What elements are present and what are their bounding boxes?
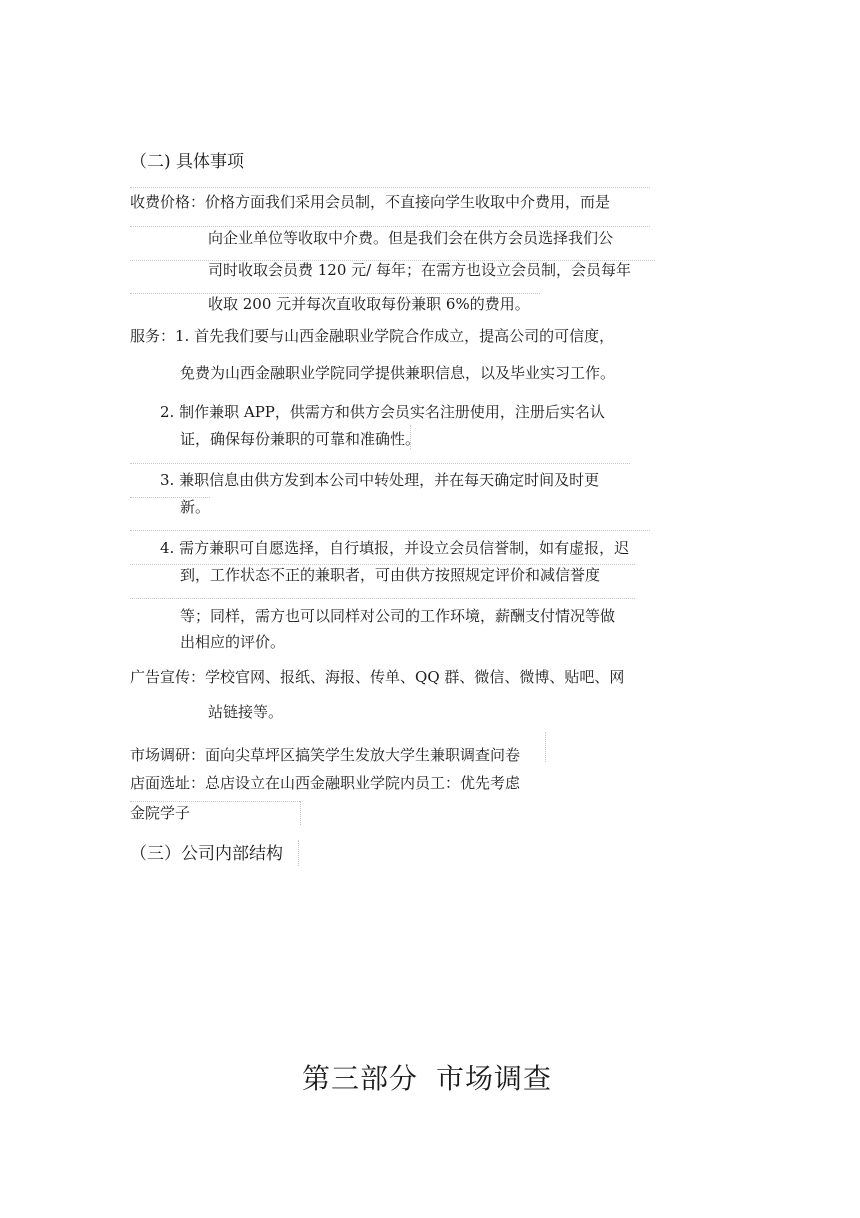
service-text: 制作兼职 APP，供需方和供方会员实名注册使用，注册后实名认 — [179, 403, 605, 421]
market-research-text: 面向尖草坪区搞笑学生发放大学生兼职调查问卷 — [205, 746, 520, 764]
service-item-4-cont-2: 等；同样，需方也可以同样对公司的工作环境，薪酬支付情况等做 — [180, 606, 615, 626]
part-name: 市场调查 — [436, 1062, 552, 1095]
service-text: 首先我们要与山西金融职业学院合作成立，提高公司的可信度， — [194, 327, 614, 345]
dotted-divider — [130, 530, 650, 531]
advertising-line-1: 广告宣传：学校官网、报纸、海报、传单、QQ 群、微信、微博、贴吧、网 — [130, 667, 624, 687]
fees-line-2: 向企业单位等收取中介费。但是我们会在供方会员选择我们公 — [208, 228, 613, 248]
service-number: 1. — [175, 327, 189, 345]
store-location-text: 总店设立在山西金融职业学院内员工：优先考虑 — [205, 774, 520, 792]
service-item-3: 3. 兼职信息由供方发到本公司中转处理，并在每天确定时间及时更 — [160, 470, 599, 490]
services-line-1: 服务：1. 首先我们要与山西金融职业学院合作成立，提高公司的可信度， — [130, 326, 614, 346]
service-item-4-cont-3: 出相应的评价。 — [180, 632, 285, 652]
services-line-2: 免费为山西金融职业学院同学提供兼职信息，以及毕业实习工作。 — [180, 363, 615, 383]
service-number: 4. — [160, 539, 174, 557]
service-text: 需方兼职可自愿选择，自行填报，并设立会员信誉制，如有虚报，迟 — [179, 539, 629, 557]
dotted-divider — [130, 801, 300, 802]
advertising-label: 广告宣传： — [130, 668, 205, 686]
dotted-divider — [130, 598, 635, 599]
service-item-2: 2. 制作兼职 APP，供需方和供方会员实名注册使用，注册后实名认 — [160, 402, 605, 422]
subsection-heading: （三）公司内部结构 — [130, 843, 283, 865]
services-label: 服务： — [130, 327, 175, 345]
service-item-4-cont-1: 到，工作状态不正的兼职者，可由供方按照规定评价和减信誉度 — [180, 565, 600, 585]
store-location-line: 店面选址：总店设立在山西金融职业学院内员工：优先考虑 — [130, 773, 520, 793]
fees-line-3: 司时收取会员费 120 元/ 每年；在需方也设立会员制，会员每年 — [208, 260, 631, 280]
market-research-label: 市场调研： — [130, 746, 205, 764]
service-item-2-cont: 证，确保每份兼职的可靠和准确性。 — [180, 429, 420, 449]
service-number: 3. — [160, 471, 174, 489]
dotted-divider — [410, 425, 411, 449]
dotted-divider — [300, 801, 301, 825]
part-number: 第三部分 — [302, 1062, 418, 1095]
store-location-cont: 金院学子 — [130, 803, 190, 823]
part-title: 第三部分市场调查 — [302, 1062, 552, 1096]
service-text: 兼职信息由供方发到本公司中转处理，并在每天确定时间及时更 — [179, 471, 599, 489]
market-research-line: 市场调研：面向尖草坪区搞笑学生发放大学生兼职调查问卷 — [130, 745, 520, 765]
dotted-divider — [130, 187, 650, 188]
service-number: 2. — [160, 403, 174, 421]
service-item-3-cont: 新。 — [180, 497, 210, 517]
dotted-divider — [545, 732, 546, 762]
fees-line-4: 收取 200 元并每次直收取每份兼职 6%的费用。 — [208, 294, 530, 314]
fees-line-1: 收费价格：价格方面我们采用会员制，不直接向学生收取中介费用，而是 — [130, 192, 610, 212]
dotted-divider — [298, 840, 299, 866]
dotted-divider — [130, 463, 630, 464]
advertising-line-2: 站链接等。 — [208, 702, 283, 722]
section-heading: （二) 具体事项 — [130, 151, 244, 173]
fees-text: 价格方面我们采用会员制，不直接向学生收取中介费用，而是 — [205, 193, 610, 211]
fees-label: 收费价格： — [130, 193, 205, 211]
dotted-divider — [130, 226, 650, 227]
store-location-label: 店面选址： — [130, 774, 205, 792]
advertising-text: 学校官网、报纸、海报、传单、QQ 群、微信、微博、贴吧、网 — [205, 668, 624, 686]
service-item-4: 4. 需方兼职可自愿选择，自行填报，并设立会员信誉制，如有虚报，迟 — [160, 538, 629, 558]
